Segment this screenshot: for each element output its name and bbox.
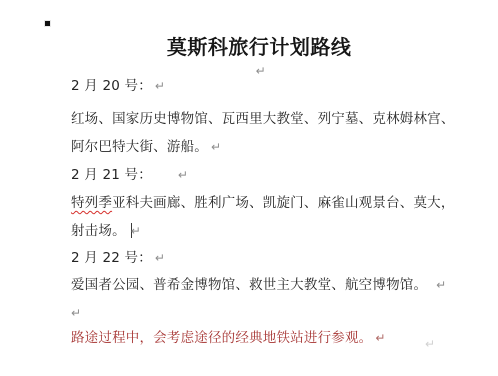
- paragraph-mark-icon: ↵: [155, 79, 165, 93]
- spots-text[interactable]: 爱国者公园、普希金博物馆、救世主大教堂、航空博物馆。: [71, 277, 427, 293]
- document-page[interactable]: 莫斯科旅行计划路线 ↵ 2 月 20 号：↵ 红场、国家历史博物馆、瓦西里大教堂…: [0, 0, 498, 376]
- document-title[interactable]: 莫斯科旅行计划路线: [167, 35, 352, 59]
- spots-text[interactable]: 亚科夫画廊、胜利广场、凯旋门、麻雀山观景台、莫大，: [112, 195, 455, 211]
- faint-paragraph-mark-icon: ↵: [425, 337, 435, 351]
- day3-spots-line[interactable]: 爱国者公园、普希金博物馆、救世主大教堂、航空博物馆。↵: [53, 258, 446, 312]
- paragraph-mark-icon: ↵: [256, 64, 266, 78]
- metro-note-line[interactable]: 路途过程中，会考虑途径的经典地铁站进行参观。↵: [53, 311, 385, 365]
- paragraph-mark-icon: ↵: [436, 278, 446, 292]
- metro-note-text[interactable]: 路途过程中，会考虑途径的经典地铁站进行参观。: [71, 330, 372, 346]
- paragraph-mark-icon: ↵: [375, 331, 385, 345]
- paragraph-mark-icon: ↵: [211, 140, 221, 154]
